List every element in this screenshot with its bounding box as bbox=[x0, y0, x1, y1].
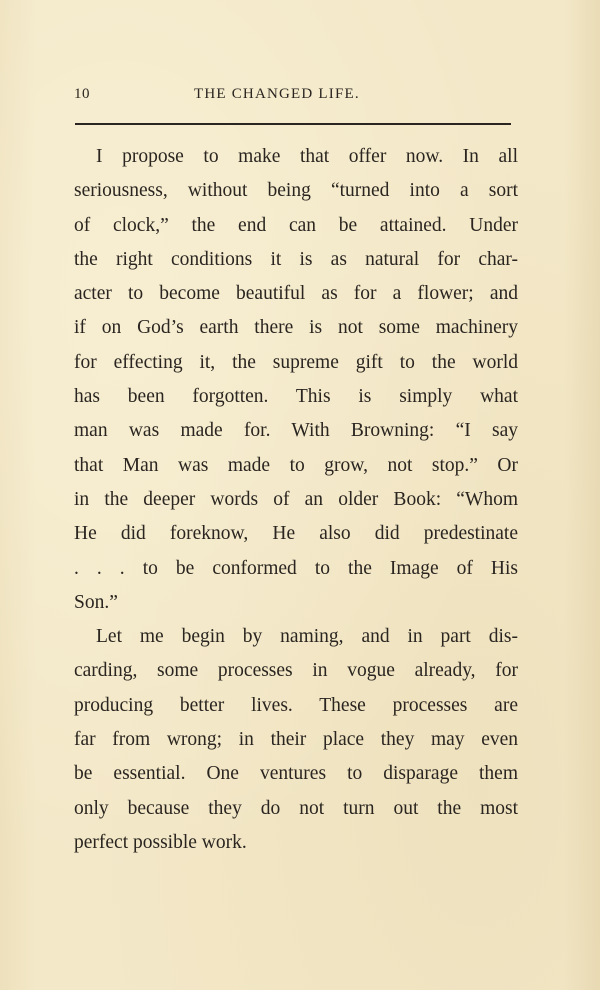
paragraph-1: I propose to make that offer now. In all… bbox=[74, 140, 518, 620]
text-line: producing better lives. These processes … bbox=[74, 689, 518, 723]
text-line: if on God’s earth there is not some mach… bbox=[74, 311, 518, 345]
text-line: of clock,” the end can be attained. Unde… bbox=[74, 209, 518, 243]
text-line: in the deeper words of an older Book: “W… bbox=[74, 483, 518, 517]
text-line: man was made for. With Browning: “I say bbox=[74, 414, 518, 448]
running-head: 10 THE CHANGED LIFE. bbox=[74, 86, 512, 110]
text-line: acter to become beautiful as for a flowe… bbox=[74, 277, 518, 311]
text-line: far from wrong; in their place they may … bbox=[74, 723, 518, 757]
text-line: seriousness, without being “turned into … bbox=[74, 174, 518, 208]
text-line: only because they do not turn out the mo… bbox=[74, 792, 518, 826]
header-rule bbox=[75, 123, 511, 125]
text-line: for effecting it, the supreme gift to th… bbox=[74, 346, 518, 380]
text-line: that Man was made to grow, not stop.” Or bbox=[74, 449, 518, 483]
text-line: carding, some processes in vogue already… bbox=[74, 654, 518, 688]
text-line: perfect possible work. bbox=[74, 826, 518, 860]
text-line: Son.” bbox=[74, 586, 518, 620]
text-line: be essential. One ventures to disparage … bbox=[74, 757, 518, 791]
text-line: . . . to be conformed to the Image of Hi… bbox=[74, 552, 518, 586]
text-line: has been forgotten. This is simply what bbox=[74, 380, 518, 414]
page-number: 10 bbox=[74, 86, 90, 103]
text-line: the right conditions it is as natural fo… bbox=[74, 243, 518, 277]
paragraph-2: Let me begin by naming, and in part dis-… bbox=[74, 620, 518, 860]
book-page: 10 THE CHANGED LIFE. I propose to make t… bbox=[0, 0, 600, 990]
body-text: I propose to make that offer now. In all… bbox=[74, 140, 518, 860]
text-line: I propose to make that offer now. In all bbox=[74, 140, 518, 174]
running-title: THE CHANGED LIFE. bbox=[194, 86, 360, 103]
text-line: He did foreknow, He also did predestinat… bbox=[74, 517, 518, 551]
text-line: Let me begin by naming, and in part dis- bbox=[74, 620, 518, 654]
